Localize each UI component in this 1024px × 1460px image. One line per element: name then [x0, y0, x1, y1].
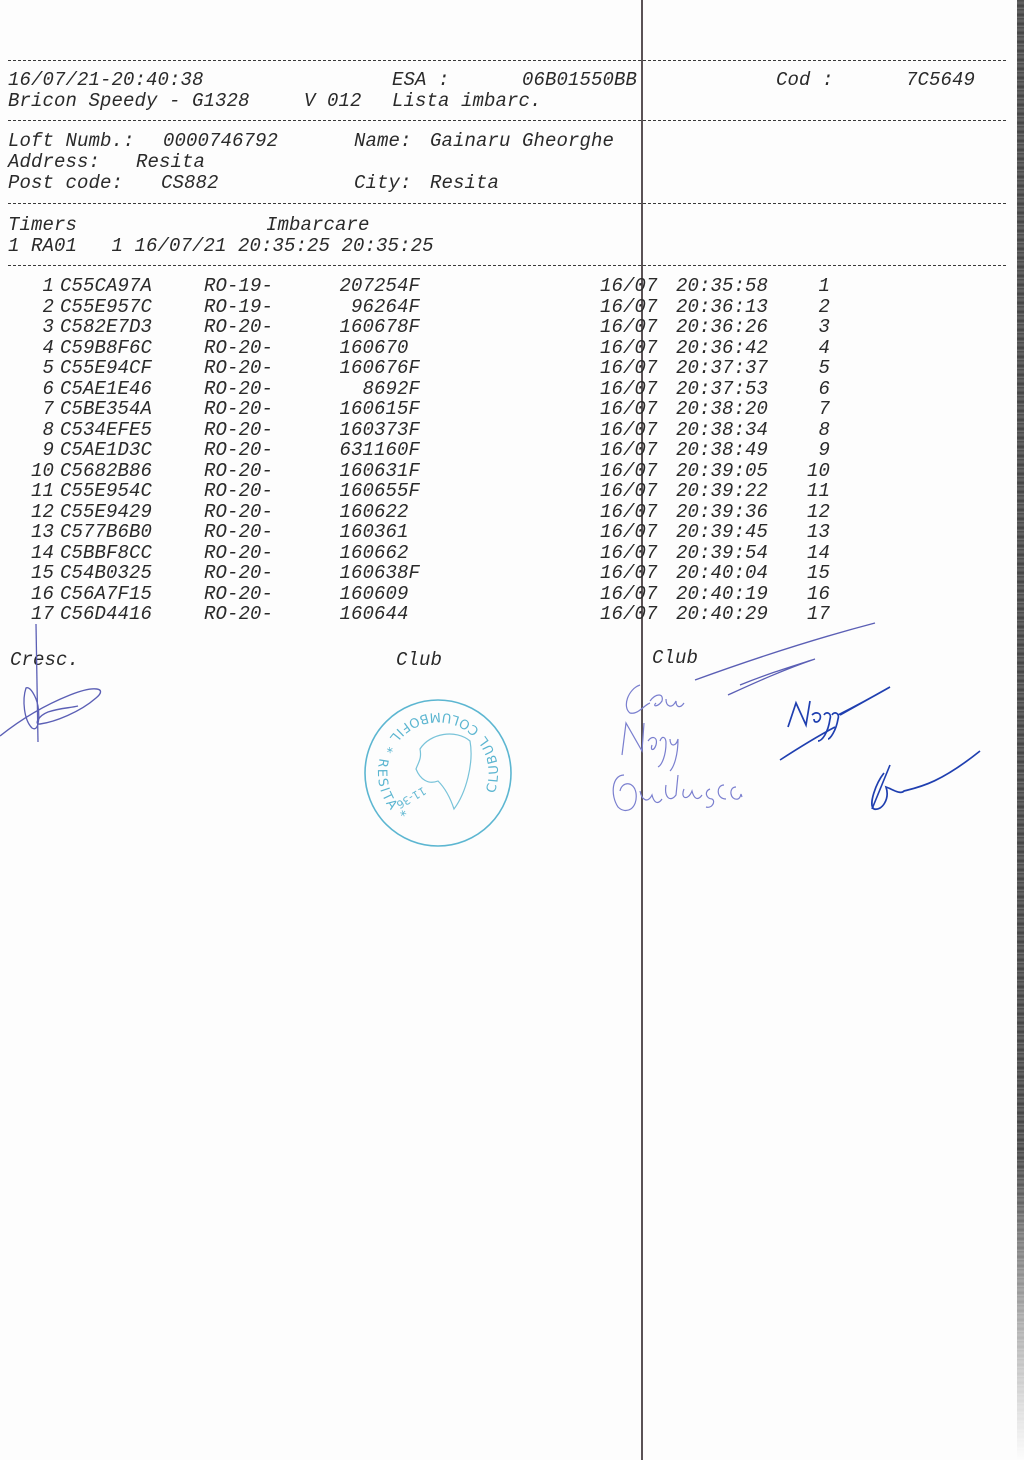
arrival-date: 16/07 [600, 317, 658, 338]
ring-prefix: RO-20- [204, 522, 273, 543]
separator [8, 120, 1006, 121]
ring-prefix: RO-20- [204, 502, 273, 523]
postcode-label: Post code: [8, 173, 123, 194]
chip-id: C582E7D3 [60, 317, 152, 338]
scan-edge-fade [1017, 1150, 1024, 1460]
arrival-time: 20:39:22 [676, 481, 768, 502]
arrival-date: 16/07 [600, 358, 658, 379]
postcode-value: CS882 [161, 173, 219, 194]
ring-number: 160615F [324, 399, 420, 420]
separator [8, 60, 1006, 61]
arrival-date: 16/07 [600, 502, 658, 523]
club-label-left: Club [396, 650, 442, 671]
row-index: 1 [8, 276, 54, 297]
imbarcare-label: Imbarcare [266, 215, 370, 236]
ring-prefix: RO-20- [204, 420, 273, 441]
boarding-list-document: 16/07/21-20:40:38 ESA : 06B01550BB Cod :… [0, 0, 1024, 1460]
row-index: 12 [8, 502, 54, 523]
ring-number: 631160F [324, 440, 420, 461]
timers-label: Timers [8, 215, 77, 236]
chip-id: C59B8F6C [60, 338, 152, 359]
row-index: 2 [8, 297, 54, 318]
cod-value: 7C5649 [906, 70, 975, 91]
chip-id: C55E957C [60, 297, 152, 318]
arrival-time: 20:39:54 [676, 543, 768, 564]
row-index: 9 [8, 440, 54, 461]
row-index: 15 [8, 563, 54, 584]
separator [8, 265, 1006, 266]
club-signatures [600, 615, 1000, 835]
row-index: 6 [8, 379, 54, 400]
ring-number: 160655F [324, 481, 420, 502]
ring-prefix: RO-20- [204, 440, 273, 461]
ring-prefix: RO-20- [204, 379, 273, 400]
arrival-date: 16/07 [600, 297, 658, 318]
row-index: 14 [8, 543, 54, 564]
esa-label: ESA : [392, 70, 450, 91]
chip-id: C55CA97A [60, 276, 152, 297]
ring-number: 96264F [324, 297, 420, 318]
ring-number: 8692F [324, 379, 420, 400]
arrival-date: 16/07 [600, 379, 658, 400]
ring-number: 160609 [324, 584, 420, 605]
arrival-date: 16/07 [600, 420, 658, 441]
arrival-time: 20:39:36 [676, 502, 768, 523]
row-index: 16 [8, 584, 54, 605]
chip-id: C5682B86 [60, 461, 152, 482]
arrival-time: 20:36:42 [676, 338, 768, 359]
arrival-date: 16/07 [600, 440, 658, 461]
arrival-time: 20:36:26 [676, 317, 768, 338]
loft-number-value: 0000746792 [163, 131, 278, 152]
ring-prefix: RO-19- [204, 276, 273, 297]
ring-prefix: RO-20- [204, 481, 273, 502]
device-version: V 012 [304, 91, 362, 112]
arrival-time: 20:36:13 [676, 297, 768, 318]
chip-id: C55E9429 [60, 502, 152, 523]
arrival-position: 5 [800, 358, 830, 379]
arrival-position: 13 [800, 522, 830, 543]
arrival-time: 20:38:49 [676, 440, 768, 461]
ring-number: 160622 [324, 502, 420, 523]
loft-number-label: Loft Numb.: [8, 131, 135, 152]
ring-number: 160662 [324, 543, 420, 564]
svg-text:CLUBUL COLUMBOFIL * RESITA *: CLUBUL COLUMBOFIL * RESITA * [358, 693, 518, 853]
chip-id: C5AE1E46 [60, 379, 152, 400]
ring-number: 207254F [324, 276, 420, 297]
arrival-position: 10 [800, 461, 830, 482]
print-datetime: 16/07/21-20:40:38 [8, 70, 204, 91]
arrival-time: 20:40:04 [676, 563, 768, 584]
chip-id: C54B0325 [60, 563, 152, 584]
arrival-date: 16/07 [600, 563, 658, 584]
arrival-date: 16/07 [600, 522, 658, 543]
arrival-position: 9 [800, 440, 830, 461]
row-index: 8 [8, 420, 54, 441]
separator [8, 203, 1006, 204]
club-stamp: CLUBUL COLUMBOFIL * RESITA * 11-36 [358, 693, 518, 853]
chip-id: C577B6B0 [60, 522, 152, 543]
breeder-signature [0, 620, 120, 750]
ring-prefix: RO-20- [204, 317, 273, 338]
ring-prefix: RO-19- [204, 297, 273, 318]
esa-value: 06B01550BB [522, 70, 637, 91]
ring-number: 160644 [324, 604, 420, 625]
ring-prefix: RO-20- [204, 399, 273, 420]
arrival-time: 20:39:05 [676, 461, 768, 482]
city-value: Resita [430, 173, 499, 194]
ring-prefix: RO-20- [204, 584, 273, 605]
name-label: Name: [354, 131, 412, 152]
ring-prefix: RO-20- [204, 338, 273, 359]
arrival-date: 16/07 [600, 399, 658, 420]
arrival-position: 7 [800, 399, 830, 420]
arrival-time: 20:38:34 [676, 420, 768, 441]
ring-number: 160361 [324, 522, 420, 543]
arrival-position: 11 [800, 481, 830, 502]
timer-line: 1 RA01 1 16/07/21 20:35:25 20:35:25 [8, 236, 434, 257]
chip-id: C5AE1D3C [60, 440, 152, 461]
row-index: 4 [8, 338, 54, 359]
ring-prefix: RO-20- [204, 358, 273, 379]
arrival-date: 16/07 [600, 584, 658, 605]
device-name: Bricon Speedy - G1328 [8, 91, 250, 112]
arrival-position: 6 [800, 379, 830, 400]
arrival-time: 20:39:45 [676, 522, 768, 543]
arrival-position: 1 [800, 276, 830, 297]
arrival-date: 16/07 [600, 461, 658, 482]
arrival-time: 20:37:37 [676, 358, 768, 379]
arrival-date: 16/07 [600, 543, 658, 564]
arrival-position: 15 [800, 563, 830, 584]
chip-id: C534EFE5 [60, 420, 152, 441]
name-value: Gainaru Gheorghe [430, 131, 614, 152]
row-index: 13 [8, 522, 54, 543]
chip-id: C5BBF8CC [60, 543, 152, 564]
arrival-time: 20:35:58 [676, 276, 768, 297]
ring-number: 160373F [324, 420, 420, 441]
arrival-time: 20:40:19 [676, 584, 768, 605]
arrival-date: 16/07 [600, 481, 658, 502]
chip-id: C55E954C [60, 481, 152, 502]
svg-text:11-36: 11-36 [394, 784, 428, 811]
arrival-position: 16 [800, 584, 830, 605]
ring-prefix: RO-20- [204, 604, 273, 625]
row-index: 11 [8, 481, 54, 502]
arrival-position: 3 [800, 317, 830, 338]
ring-number: 160638F [324, 563, 420, 584]
arrival-position: 12 [800, 502, 830, 523]
arrival-position: 2 [800, 297, 830, 318]
row-index: 3 [8, 317, 54, 338]
chip-id: C5BE354A [60, 399, 152, 420]
cod-label: Cod : [776, 70, 834, 91]
arrival-time: 20:38:20 [676, 399, 768, 420]
ring-number: 160631F [324, 461, 420, 482]
ring-number: 160670 [324, 338, 420, 359]
address-value: Resita [136, 152, 205, 173]
city-label: City: [354, 173, 412, 194]
list-title: Lista imbarc. [392, 91, 542, 112]
arrival-time: 20:37:53 [676, 379, 768, 400]
ring-number: 160676F [324, 358, 420, 379]
row-index: 5 [8, 358, 54, 379]
ring-prefix: RO-20- [204, 461, 273, 482]
arrival-position: 4 [800, 338, 830, 359]
row-index: 10 [8, 461, 54, 482]
ring-number: 160678F [324, 317, 420, 338]
arrival-date: 16/07 [600, 276, 658, 297]
chip-id: C56A7F15 [60, 584, 152, 605]
ring-prefix: RO-20- [204, 563, 273, 584]
address-label: Address: [8, 152, 100, 173]
arrival-date: 16/07 [600, 338, 658, 359]
arrival-position: 14 [800, 543, 830, 564]
arrival-position: 8 [800, 420, 830, 441]
chip-id: C55E94CF [60, 358, 152, 379]
ring-prefix: RO-20- [204, 543, 273, 564]
row-index: 7 [8, 399, 54, 420]
